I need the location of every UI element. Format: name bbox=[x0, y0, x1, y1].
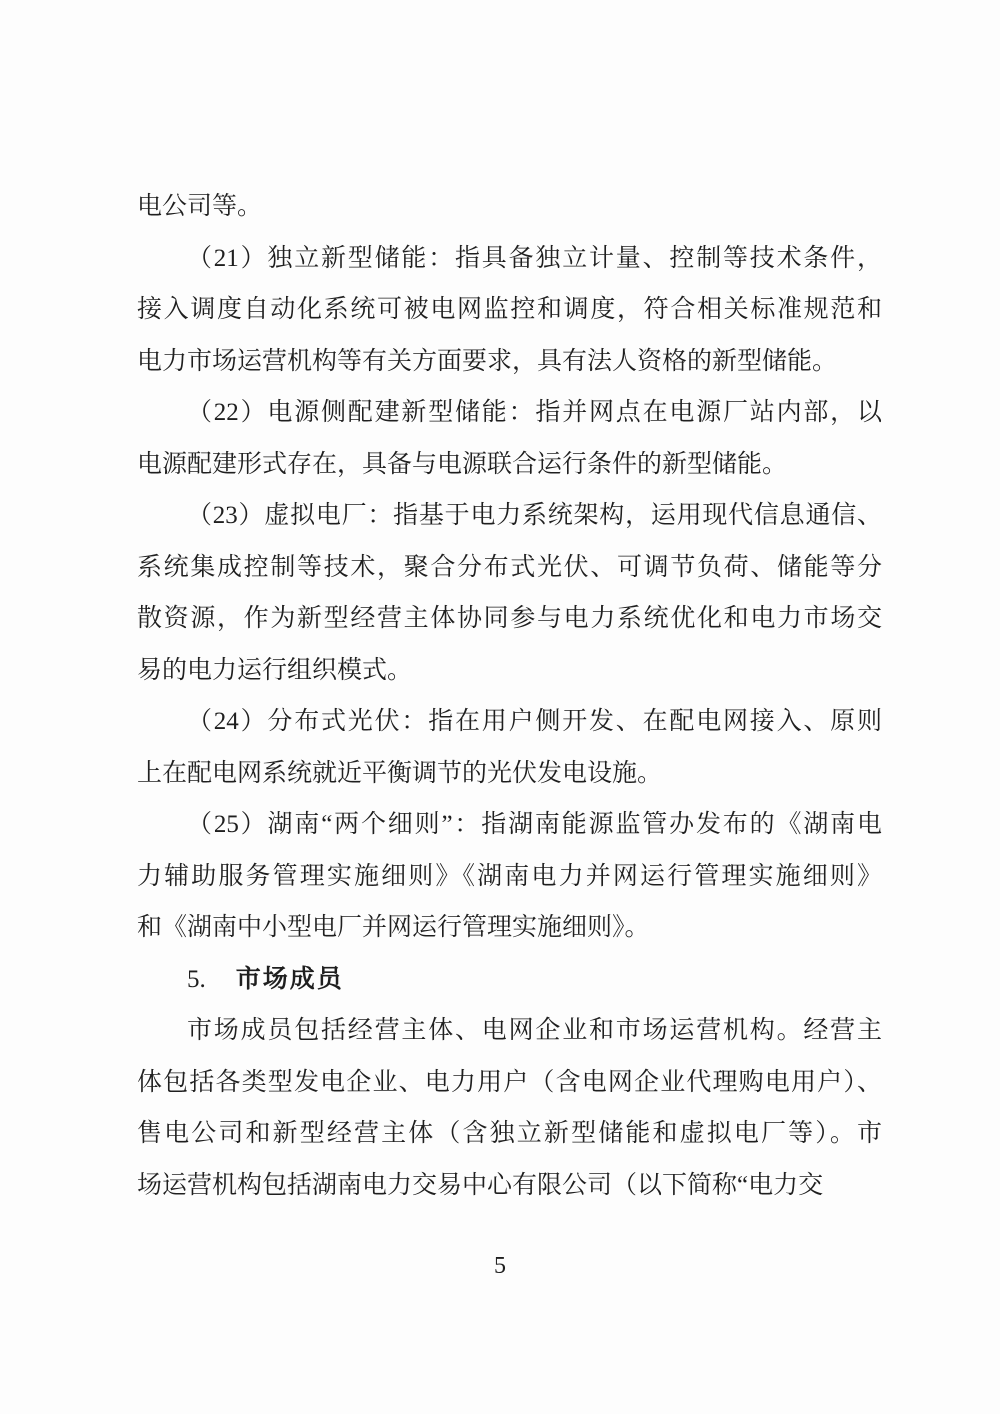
paragraph-item-25: （25）湖南“两个细则”：指湖南能源监管办发布的《湖南电 力辅助服务管理实施细则… bbox=[137, 799, 882, 954]
text-line: 接入调度自动化系统可被电网监控和调度，符合相关标准规范和 bbox=[137, 284, 882, 336]
text-line: （21）独立新型储能：指具备独立计量、控制等技术条件， bbox=[137, 233, 882, 285]
document-body: 电公司等。 （21）独立新型储能：指具备独立计量、控制等技术条件， 接入调度自动… bbox=[137, 181, 882, 1211]
text-line: 售电公司和新型经营主体（含独立新型储能和虚拟电厂等）。市 bbox=[137, 1108, 882, 1160]
text-line: 易的电力运行组织模式。 bbox=[137, 645, 882, 697]
text-line: （25）湖南“两个细则”：指湖南能源监管办发布的《湖南电 bbox=[137, 799, 882, 851]
text-line: 和《湖南中小型电厂并网运行管理实施细则》。 bbox=[137, 902, 882, 954]
text-line: 场运营机构包括湖南电力交易中心有限公司（以下简称“电力交 bbox=[137, 1160, 882, 1212]
paragraph-market-members: 市场成员包括经营主体、电网企业和市场运营机构。经营主 体包括各类型发电企业、电力… bbox=[137, 1005, 882, 1211]
paragraph-item-21: （21）独立新型储能：指具备独立计量、控制等技术条件， 接入调度自动化系统可被电… bbox=[137, 233, 882, 388]
text-line: 系统集成控制等技术，聚合分布式光伏、可调节负荷、储能等分 bbox=[137, 542, 882, 594]
text-line: （22）电源侧配建新型储能：指并网点在电源厂站内部，以 bbox=[137, 387, 882, 439]
page-number: 5 bbox=[0, 1248, 1000, 1284]
text-line: （23）虚拟电厂：指基于电力系统架构，运用现代信息通信、 bbox=[137, 490, 882, 542]
text-line: 体包括各类型发电企业、电力用户（含电网企业代理购电用户）、 bbox=[137, 1057, 882, 1109]
paragraph-item-22: （22）电源侧配建新型储能：指并网点在电源厂站内部，以 电源配建形式存在，具备与… bbox=[137, 387, 882, 490]
text-line: 电公司等。 bbox=[137, 181, 882, 233]
document-page: 电公司等。 （21）独立新型储能：指具备独立计量、控制等技术条件， 接入调度自动… bbox=[0, 0, 1000, 1414]
text-line: 力辅助服务管理实施细则》《湖南电力并网运行管理实施细则》 bbox=[137, 851, 882, 903]
paragraph-item-23: （23）虚拟电厂：指基于电力系统架构，运用现代信息通信、 系统集成控制等技术，聚… bbox=[137, 490, 882, 696]
text-line: （24）分布式光伏：指在用户侧开发、在配电网接入、原则 bbox=[137, 696, 882, 748]
text-line: 电源配建形式存在，具备与电源联合运行条件的新型储能。 bbox=[137, 439, 882, 491]
section-number: 5. bbox=[187, 966, 206, 993]
paragraph-continuation: 电公司等。 bbox=[137, 181, 882, 233]
paragraph-item-24: （24）分布式光伏：指在用户侧开发、在配电网接入、原则 上在配电网系统就近平衡调… bbox=[137, 696, 882, 799]
text-line: 电力市场运营机构等有关方面要求，具有法人资格的新型储能。 bbox=[137, 336, 882, 388]
text-line: 上在配电网系统就近平衡调节的光伏发电设施。 bbox=[137, 748, 882, 800]
text-line: 市场成员包括经营主体、电网企业和市场运营机构。经营主 bbox=[137, 1005, 882, 1057]
section-heading: 5.市场成员 bbox=[137, 954, 882, 1006]
section-title: 市场成员 bbox=[236, 965, 344, 993]
text-line: 散资源，作为新型经营主体协同参与电力系统优化和电力市场交 bbox=[137, 593, 882, 645]
